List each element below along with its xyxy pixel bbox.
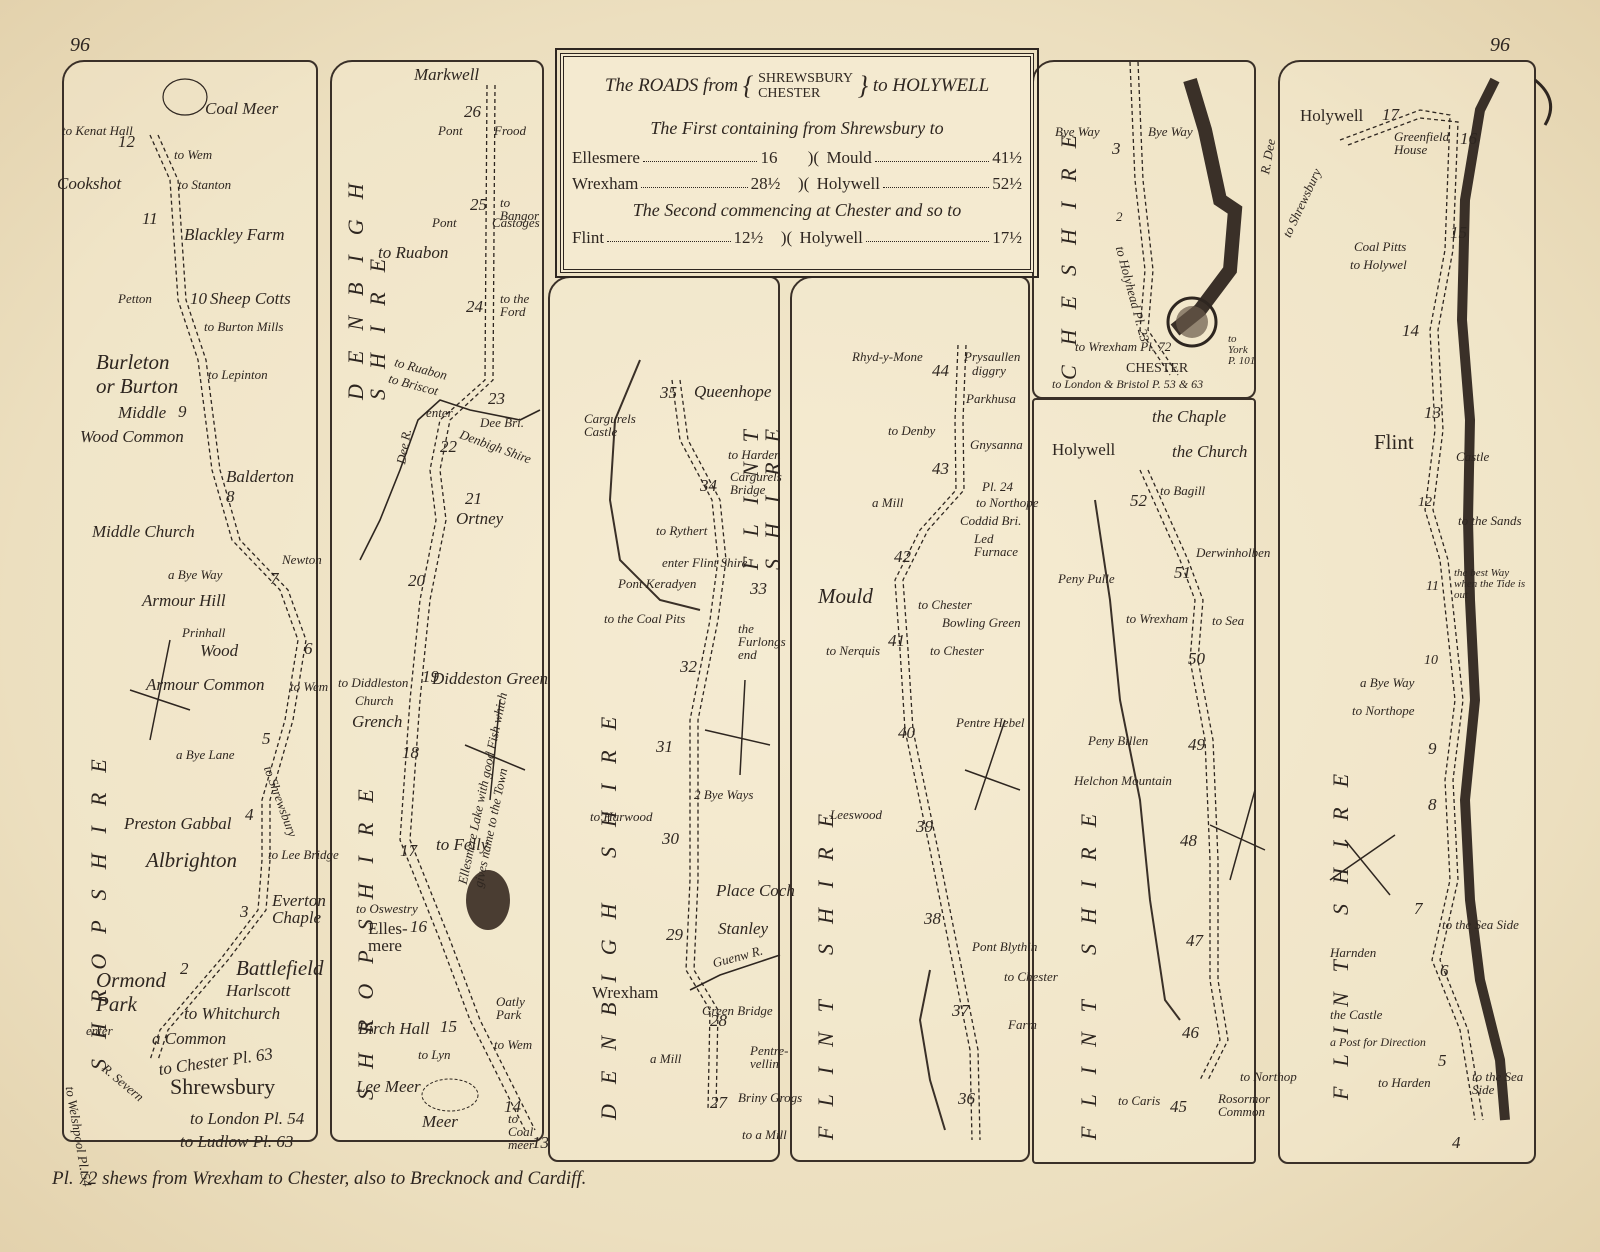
milestone-37: 37 bbox=[952, 1002, 969, 1019]
label-diggry: diggry bbox=[972, 364, 1006, 377]
milestone-34: 34 bbox=[700, 477, 717, 494]
route-row: Wrexham 28½ )( Holywell 52½ bbox=[572, 175, 1022, 192]
label-to-the-coal-pits: to the Coal Pits bbox=[604, 612, 685, 625]
milestone-21: 21 bbox=[465, 490, 482, 507]
label-to-northope: to Northope bbox=[976, 496, 1038, 509]
label-middle: Middle bbox=[118, 404, 166, 421]
second-route-heading: The Second commencing at Chester and so … bbox=[564, 201, 1030, 219]
milestone-23: 23 bbox=[488, 390, 505, 407]
milestone-16: 16 bbox=[410, 918, 427, 935]
label-to-chester-3: to Chester bbox=[1004, 970, 1058, 983]
label-park: Park bbox=[96, 994, 137, 1015]
milestone-20: 20 bbox=[408, 572, 425, 589]
label-oatly-park: Oatly Park bbox=[496, 995, 536, 1021]
milestone-46: 46 bbox=[1182, 1024, 1199, 1041]
label-2-bye-ways: 2 Bye Ways bbox=[694, 788, 753, 801]
label-to-ludlow-pl63: to Ludlow Pl. 63 bbox=[180, 1133, 293, 1150]
milestone-13b: 13 bbox=[1424, 404, 1441, 421]
label-mould: Mould bbox=[818, 586, 873, 607]
county-flintshire: FLINT SHIRE bbox=[740, 300, 784, 570]
milestone-11: 11 bbox=[142, 210, 158, 227]
label-pl-24: Pl. 24 bbox=[982, 480, 1013, 493]
label-to-bagill: to Bagill bbox=[1160, 484, 1205, 497]
label-to-the-sands: to the Sands bbox=[1458, 514, 1522, 527]
label-coddid-bridge: Coddid Bri. bbox=[960, 514, 1021, 527]
label-harlscott: Harlscott bbox=[226, 982, 290, 999]
milestone-6b: 6 bbox=[1440, 962, 1449, 979]
label-holywell-2: Holywell bbox=[1300, 107, 1363, 124]
milestone-17: 17 bbox=[400, 842, 417, 859]
label-to-whitchurch: to Whitchurch bbox=[184, 1005, 280, 1022]
label-rosormor-common: Rosormor Common bbox=[1218, 1092, 1278, 1118]
milestone-c3: 3 bbox=[1112, 140, 1121, 157]
label-bye-way-left: Bye Way bbox=[1055, 125, 1100, 138]
label-to-london-pl54: to London Pl. 54 bbox=[190, 1110, 304, 1127]
label-pont-blythin: Pont Blythin bbox=[972, 940, 1037, 953]
label-peny: Peny Pulle bbox=[1058, 572, 1115, 585]
label-markwell: Markwell bbox=[414, 66, 479, 83]
milestone-9b: 9 bbox=[1428, 740, 1437, 757]
label-peny-billen: Peny Billen bbox=[1088, 734, 1148, 747]
milestone-3: 3 bbox=[240, 903, 249, 920]
label-to-wem: to Wem bbox=[174, 148, 212, 161]
milestone-22: 22 bbox=[440, 438, 457, 455]
label-cargurels-bridge: Cargurels Bridge bbox=[730, 470, 780, 496]
county-shropshire-2: SHROPSHIRE bbox=[355, 520, 377, 1100]
label-prinhall: Prinhall bbox=[182, 626, 225, 639]
label-lee-meer: Lee Meer bbox=[356, 1078, 421, 1095]
place-holywell: Holywell bbox=[817, 175, 880, 192]
label-to-wem-3: to Wem bbox=[494, 1038, 532, 1051]
title-prefix: The ROADS from bbox=[605, 75, 738, 96]
milestone-10: 10 bbox=[190, 290, 207, 307]
milestone-47: 47 bbox=[1186, 932, 1203, 949]
label-a-bye-way-2: a Bye Way bbox=[1360, 676, 1414, 689]
label-led-furnace: Led Furnace bbox=[974, 532, 1024, 558]
label-to-the-sea-side: to the Sea Side bbox=[1442, 918, 1519, 931]
label-meer: Meer bbox=[422, 1113, 458, 1130]
place-wrexham: Wrexham bbox=[572, 175, 638, 192]
label-diddeston-green: Diddeston Green bbox=[432, 670, 548, 687]
map-caption: Pl. 72 shews from Wrexham to Chester, al… bbox=[52, 1168, 586, 1190]
label-to-chester-2: to Chester bbox=[930, 644, 984, 657]
label-to-the-sea-side-2: to the Sea Side bbox=[1472, 1070, 1532, 1096]
label-queenhope: Queenhope bbox=[694, 383, 771, 400]
milestone-14b: 14 bbox=[1402, 322, 1419, 339]
label-coal-pitts: Coal Pitts bbox=[1354, 240, 1406, 253]
label-holywell: Holywell bbox=[1052, 441, 1115, 458]
milestone-8b: 8 bbox=[1428, 796, 1437, 813]
milestone-5b: 5 bbox=[1438, 1052, 1447, 1069]
label-or-burton: or Burton bbox=[96, 376, 178, 397]
milestone-4b: 4 bbox=[1452, 1134, 1461, 1151]
label-derwinholben: Derwinholben bbox=[1196, 546, 1270, 559]
milestone-11b: 11 bbox=[1426, 580, 1439, 594]
milestone-19: 19 bbox=[422, 668, 439, 685]
label-battlefield: Battlefield bbox=[236, 958, 323, 979]
label-wrexham: Wrexham bbox=[592, 984, 658, 1001]
label-pentre-hebel: Pentre Hebel bbox=[956, 716, 1024, 729]
milestone-27: 27 bbox=[710, 1094, 727, 1111]
label-blackley-farm: Blackley Farm bbox=[184, 226, 285, 243]
label-pont-2: Pont bbox=[432, 216, 457, 229]
milestone-44: 44 bbox=[932, 362, 949, 379]
label-church: Church bbox=[355, 694, 394, 707]
miles-ellesmere: 16 bbox=[760, 149, 800, 166]
label-balderton: Balderton bbox=[226, 468, 294, 485]
milestone-6: 6 bbox=[304, 640, 313, 657]
milestone-39: 39 bbox=[916, 818, 933, 835]
label-the-castle: the Castle bbox=[1330, 1008, 1382, 1021]
label-to-rythert: to Rythert bbox=[656, 524, 707, 537]
label-dee-bridge: Dee Bri. bbox=[480, 416, 524, 429]
label-burleton: Burleton bbox=[96, 352, 170, 373]
milestone-49: 49 bbox=[1188, 736, 1205, 753]
label-to-wrexham-2: to Wrexham bbox=[1126, 612, 1188, 625]
label-briny-grogs: Briny Grogs bbox=[738, 1091, 802, 1104]
milestone-43: 43 bbox=[932, 460, 949, 477]
label-albrighton: Albrighton bbox=[146, 850, 237, 871]
label-place-coch: Place Coch bbox=[716, 882, 795, 899]
label-bowling-green: Bowling Green bbox=[942, 616, 1021, 629]
label-castle: Castle bbox=[1456, 450, 1489, 463]
milestone-7: 7 bbox=[270, 570, 279, 587]
label-cargurels-castle: Cargurels Castle bbox=[584, 412, 634, 438]
label-best-way-tide: the best Way when the Tide is out bbox=[1454, 568, 1526, 601]
miles-holywell: 52½ bbox=[992, 175, 1022, 192]
label-the-chaple: the Chaple bbox=[1152, 408, 1226, 425]
label-to-holywel: to Holywel bbox=[1350, 258, 1407, 271]
milestone-31: 31 bbox=[656, 738, 673, 755]
label-to-lepinton: to Lepinton bbox=[208, 368, 268, 381]
label-helchon-mountain: Helchon Mountain bbox=[1074, 774, 1172, 787]
label-to-lyn: to Lyn bbox=[418, 1048, 450, 1061]
label-middle-church: Middle Church bbox=[92, 523, 195, 540]
label-grench: Grench bbox=[352, 713, 402, 730]
label-to-york: to York P. 101 bbox=[1228, 334, 1256, 367]
label-pont-keradyen: Pont Keradyen bbox=[618, 577, 696, 590]
label-post-for-direction: a Post for Direction bbox=[1330, 1036, 1426, 1048]
label-the-church: the Church bbox=[1172, 443, 1247, 460]
label-preston-gabbal: Preston Gabbal bbox=[124, 815, 232, 832]
milestone-52: 52 bbox=[1130, 492, 1147, 509]
label-harnden: Harnden bbox=[1330, 946, 1376, 959]
label-cookshot: Cookshot bbox=[57, 175, 121, 192]
label-a-mill-2: a Mill bbox=[872, 496, 903, 509]
milestone-45: 45 bbox=[1170, 1098, 1187, 1115]
milestone-13: 13 bbox=[532, 1134, 549, 1151]
milestone-51: 51 bbox=[1174, 564, 1191, 581]
label-to-london-bristol: to London & Bristol P. 53 & 63 bbox=[1052, 378, 1203, 390]
label-to-the-ford: to the Ford bbox=[500, 292, 540, 318]
milestone-9: 9 bbox=[178, 403, 187, 420]
place-flint: Flint bbox=[572, 229, 604, 246]
label-flint: Flint bbox=[1374, 432, 1414, 453]
county-denbighshire-2: DENBIGH SHIRE bbox=[598, 580, 620, 1120]
label-everton-chaple: Everton Chaple bbox=[272, 892, 332, 926]
label-rhyd-y-mone: Rhyd-y-Mone bbox=[852, 350, 923, 363]
label-bye-way-right: Bye Way bbox=[1148, 125, 1193, 138]
milestone-30: 30 bbox=[662, 830, 679, 847]
milestone-42: 42 bbox=[894, 548, 911, 565]
milestone-26: 26 bbox=[464, 103, 481, 120]
label-to-diddleston: to Diddleston bbox=[338, 676, 408, 689]
label-chester-city: CHESTER bbox=[1126, 362, 1188, 376]
milestone-5: 5 bbox=[262, 730, 271, 747]
milestone-16b: 16 bbox=[1460, 130, 1477, 147]
label-ormond: Ormond bbox=[96, 970, 166, 991]
milestone-7b: 7 bbox=[1414, 900, 1423, 917]
title-suffix: to HOLYWELL bbox=[873, 75, 989, 96]
label-the-furlongs-end: the Furlongs end bbox=[738, 622, 780, 661]
label-to-stanton: to Stanton bbox=[178, 178, 231, 191]
label-coal-meer: Coal Meer bbox=[205, 100, 278, 117]
milestone-36: 36 bbox=[958, 1090, 975, 1107]
milestone-25: 25 bbox=[470, 196, 487, 213]
title-origin-shrewsbury: SHREWSBURY bbox=[758, 71, 853, 86]
label-farm: Farm bbox=[1008, 1018, 1037, 1031]
label-pont: Pont bbox=[438, 124, 463, 137]
county-flintshire-2: FLINT SHIRE bbox=[815, 300, 837, 1140]
milestone-8: 8 bbox=[226, 488, 235, 505]
milestone-15b: 15 bbox=[1450, 224, 1467, 241]
label-to-caris: to Caris bbox=[1118, 1094, 1160, 1107]
title-cartouche: The ROADS from { SHREWSBURY CHESTER } to… bbox=[560, 53, 1034, 273]
label-to-northope-2: to Northope bbox=[1352, 704, 1414, 717]
label-to-a-mill: to a Mill bbox=[742, 1128, 787, 1141]
milestone-24: 24 bbox=[466, 298, 483, 315]
label-to-harden: to Harden bbox=[728, 448, 781, 461]
label-newton: Newton bbox=[282, 553, 322, 566]
county-denbighshire: DENBIGH SHIRE bbox=[345, 80, 389, 400]
title-origin-chester: CHESTER bbox=[758, 86, 820, 101]
label-sheep-cotts: Sheep Cotts bbox=[210, 290, 291, 307]
label-greenfield-house: Greenfield House bbox=[1394, 130, 1444, 156]
route-row: Flint 12½ )( Holywell 17½ bbox=[572, 229, 1022, 246]
milestone-12b: 12 bbox=[1418, 496, 1432, 510]
label-to-burton-mills: to Burton Mills bbox=[204, 320, 283, 333]
label-prysaullen: Prysaullen bbox=[964, 350, 1020, 363]
milestone-c2: 2 bbox=[1116, 210, 1123, 223]
label-to-harden-2: to Harden bbox=[1378, 1076, 1431, 1089]
label-to-wem-2: to Wem bbox=[290, 680, 328, 693]
milestone-40: 40 bbox=[898, 724, 915, 741]
label-to-denby: to Denby bbox=[888, 424, 935, 437]
label-to-northop: to Northop bbox=[1240, 1070, 1297, 1083]
label-parkhusa: Parkhusa bbox=[966, 392, 1016, 405]
first-route-heading: The First containing from Shrewsbury to bbox=[564, 119, 1030, 137]
label-ortney: Ortney bbox=[456, 510, 503, 527]
label-to-nerquis: to Nerquis bbox=[826, 644, 880, 657]
label-a-bye-way: a Bye Way bbox=[168, 568, 222, 581]
route-row: Ellesmere 16 )( Mould 41½ bbox=[572, 149, 1022, 166]
label-to-lee-bridge: to Lee Bridge bbox=[268, 848, 339, 861]
label-frood: Frood bbox=[494, 124, 526, 137]
milestone-48: 48 bbox=[1180, 832, 1197, 849]
milestone-17b: 17 bbox=[1382, 106, 1399, 123]
milestone-28: 28 bbox=[710, 1012, 727, 1029]
label-castoges: Castoges bbox=[492, 216, 540, 229]
label-stanley: Stanley bbox=[718, 920, 768, 937]
label-armour-common: Armour Common bbox=[146, 676, 265, 693]
label-wood: Wood bbox=[200, 642, 238, 659]
place-holywell-2: Holywell bbox=[800, 229, 863, 246]
label-armour-hill: Armour Hill bbox=[142, 592, 226, 609]
milestone-4: 4 bbox=[245, 806, 254, 823]
milestone-41: 41 bbox=[888, 632, 905, 649]
label-petton: Petton bbox=[118, 292, 152, 305]
label-enter-2: enter bbox=[426, 406, 453, 419]
miles-holywell-2: 17½ bbox=[992, 229, 1022, 246]
label-birch-hall: Birch Hall bbox=[358, 1020, 430, 1037]
label-enter-flint-shire: enter Flint Shire bbox=[662, 556, 747, 569]
milestone-38: 38 bbox=[924, 910, 941, 927]
milestone-33: 33 bbox=[750, 580, 767, 597]
milestone-14: 14 bbox=[504, 1098, 521, 1115]
miles-flint: 12½ bbox=[734, 229, 774, 246]
miles-mould: 41½ bbox=[992, 149, 1022, 166]
title-line: The ROADS from { SHREWSBURY CHESTER } to… bbox=[564, 71, 1030, 102]
milestone-18: 18 bbox=[402, 744, 419, 761]
place-mould: Mould bbox=[826, 149, 871, 166]
milestone-32: 32 bbox=[680, 658, 697, 675]
label-to-wrexham-pl72: to Wrexham Pl. 72 bbox=[1075, 340, 1171, 353]
label-pentre-vellin: Pentre-vellin bbox=[750, 1044, 790, 1070]
label-leeswood: Leeswood bbox=[830, 808, 882, 821]
milestone-15: 15 bbox=[440, 1018, 457, 1035]
county-shropshire: SHROPSHIRE bbox=[88, 170, 110, 1070]
label-to-chester: to Chester bbox=[918, 598, 972, 611]
label-wood-common: Wood Common bbox=[80, 428, 184, 445]
milestone-35: 35 bbox=[660, 384, 677, 401]
label-shrewsbury: Shrewsbury bbox=[170, 1076, 275, 1098]
milestone-2: 2 bbox=[180, 960, 189, 977]
label-gnysanna: Gnysanna bbox=[970, 438, 1023, 451]
miles-wrexham: 28½ bbox=[751, 175, 791, 192]
label-a-common: a Common bbox=[152, 1030, 226, 1047]
label-a-mill: a Mill bbox=[650, 1052, 681, 1065]
milestone-10b: 10 bbox=[1424, 654, 1438, 668]
label-a-bye-lane: a Bye Lane bbox=[176, 748, 234, 761]
milestone-12: 12 bbox=[118, 133, 135, 150]
milestone-29: 29 bbox=[666, 926, 683, 943]
place-ellesmere: Ellesmere bbox=[572, 149, 640, 166]
label-to-harwood: to Harwood bbox=[590, 810, 652, 823]
label-to-ruabon: to Ruabon bbox=[378, 244, 448, 261]
milestone-50: 50 bbox=[1188, 650, 1205, 667]
label-to-sea: to Sea bbox=[1212, 614, 1244, 627]
label-enter: enter bbox=[86, 1024, 113, 1037]
label-to-oswestry: to Oswestry bbox=[356, 902, 418, 915]
